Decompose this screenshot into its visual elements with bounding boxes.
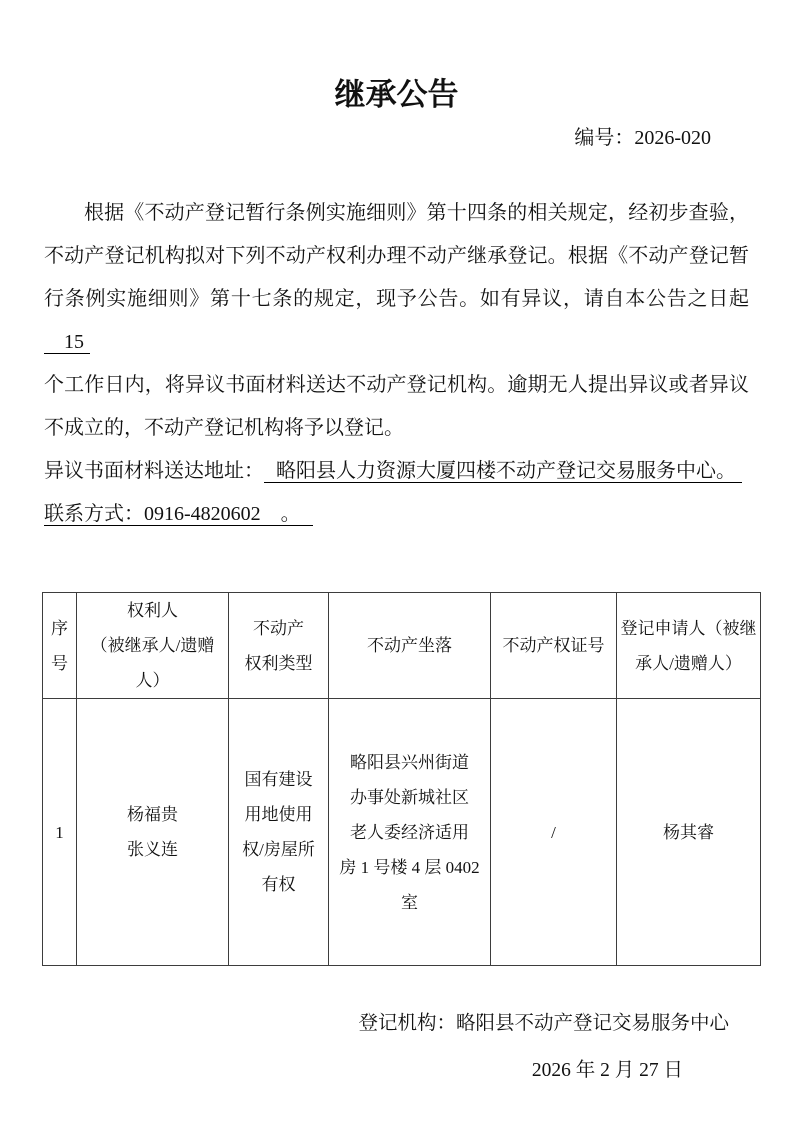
doc-number: 编号：2026-020 [44, 124, 749, 152]
address-value: 略阳县人力资源大厦四楼不动产登记交易服务中心。 [264, 460, 742, 483]
cell-right-type: 国有建设 用地使用 权/房屋所 有权 [229, 699, 329, 966]
header-holder: 权利人 （被继承人/遗赠 人） [77, 593, 229, 699]
announcement-page: 继承公告 编号：2026-020 根据《不动产登记暂行条例实施细则》第十四条的相… [0, 0, 793, 1122]
body-line-5: 不成立的，不动产登记机构将予以登记。 [44, 407, 749, 450]
cell-location: 略阳县兴州街道 办事处新城社区 老人委经济适用 房 1 号楼 4 层 0402 … [329, 699, 491, 966]
table-row: 1 杨福贵 张义连 国有建设 用地使用 权/房屋所 有权 略阳县兴州街道 办事处… [43, 699, 761, 966]
table-header-row: 序 号 权利人 （被继承人/遗赠 人） 不动产 权利类型 不动产坐落 不动产权证… [43, 593, 761, 699]
body-line-2: 不动产登记机构拟对下列不动产权利办理不动产继承登记。根据《不动产登记暂 [44, 235, 749, 278]
page-title: 继承公告 [44, 74, 749, 116]
contact-line: 联系方式：0916-4820602 。 [44, 493, 749, 536]
cell-seq: 1 [43, 699, 77, 966]
notice-body: 根据《不动产登记暂行条例实施细则》第十四条的相关规定，经初步查验， 不动产登记机… [44, 192, 749, 536]
contact-value: 联系方式：0916-4820602 。 [44, 503, 313, 526]
header-location: 不动产坐落 [329, 593, 491, 699]
body-line-4: 个工作日内，将异议书面材料送达不动产登记机构。逾期无人提出异议或者异议 [44, 364, 749, 407]
registration-table: 序 号 权利人 （被继承人/遗赠 人） 不动产 权利类型 不动产坐落 不动产权证… [42, 592, 761, 966]
header-cert-no: 不动产权证号 [491, 593, 617, 699]
body-line-3-text: 行条例实施细则》第十七条的规定，现予公告。如有异议，请自本公告之日起 [44, 288, 749, 310]
footer-agency: 登记机构：略阳县不动产登记交易服务中心 [44, 1002, 749, 1045]
header-applicant: 登记申请人（被继 承人/遗赠人） [617, 593, 761, 699]
objection-days-value: 15 [44, 331, 90, 354]
body-line-3: 行条例实施细则》第十七条的规定，现予公告。如有异议，请自本公告之日起15 [44, 278, 749, 364]
address-line: 异议书面材料送达地址：略阳县人力资源大厦四楼不动产登记交易服务中心。 [44, 450, 749, 493]
cell-cert-no: / [491, 699, 617, 966]
cell-applicant: 杨其睿 [617, 699, 761, 966]
cell-holder: 杨福贵 张义连 [77, 699, 229, 966]
header-seq: 序 号 [43, 593, 77, 699]
footer-date: 2026 年 2 月 27 日 [44, 1049, 749, 1092]
header-right-type: 不动产 权利类型 [229, 593, 329, 699]
body-line-1: 根据《不动产登记暂行条例实施细则》第十四条的相关规定，经初步查验， [44, 192, 749, 235]
address-label: 异议书面材料送达地址： [44, 460, 264, 482]
page-content: 继承公告 编号：2026-020 根据《不动产登记暂行条例实施细则》第十四条的相… [0, 0, 793, 1092]
